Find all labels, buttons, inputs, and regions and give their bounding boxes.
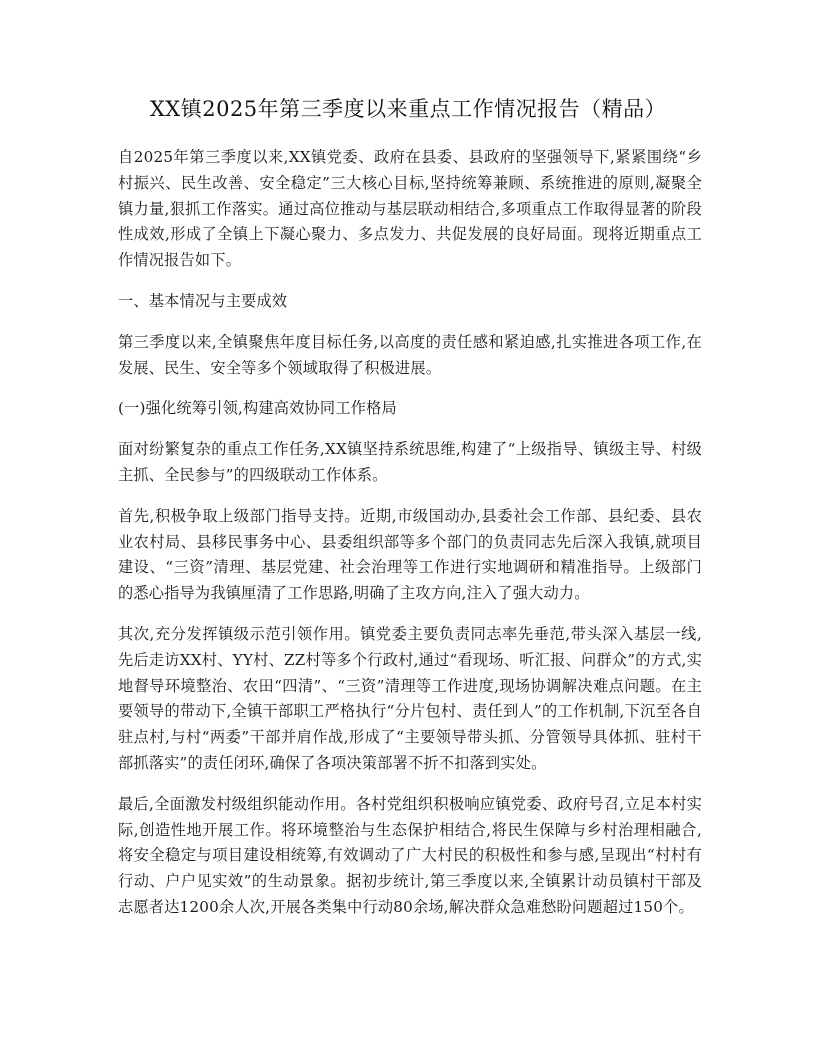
section-1-summary: 第三季度以来,全镇聚焦年度目标任务,以高度的责任感和紧迫感,扎实推进各项工作,在… [118, 330, 702, 382]
document-body: 自2025年第三季度以来,XX镇党委、政府在县委、县政府的坚强领导下,紧紧围绕“… [118, 145, 702, 936]
paragraph-last: 最后,全面激发村级组织能动作用。各村党组织积极响应镇党委、政府号召,立足本村实际… [118, 792, 702, 921]
paragraph-second: 其次,充分发挥镇级示范引领作用。镇党委主要负责同志率先垂范,带头深入基层一线,先… [118, 622, 702, 777]
paragraph-first: 首先,积极争取上级部门指导支持。近期,市级国动办,县委社会工作部、县纪委、县农业… [118, 504, 702, 607]
document-page: XX镇2025年第三季度以来重点工作情况报告（精品） 自2025年第三季度以来,… [0, 0, 816, 1056]
section-heading-1: 一、基本情况与主要成效 [118, 289, 702, 315]
subsection-1-intro: 面对纷繁复杂的重点工作任务,XX镇坚持系统思维,构建了“上级指导、镇级主导、村级… [118, 437, 702, 489]
intro-paragraph: 自2025年第三季度以来,XX镇党委、政府在县委、县政府的坚强领导下,紧紧围绕“… [118, 145, 702, 274]
subsection-heading-1: (一)强化统筹引领,构建高效协同工作格局 [118, 396, 702, 422]
document-title: XX镇2025年第三季度以来重点工作情况报告（精品） [0, 94, 816, 124]
